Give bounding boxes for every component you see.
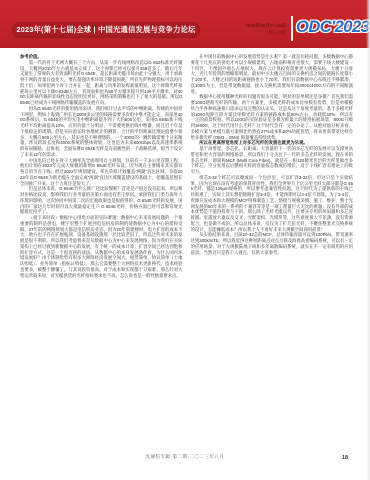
- article-body: 参考价值。第一代的骨干光网大概有三个方向，从第一步有线网络改造以G 652标准光…: [20, 54, 353, 440]
- odc-2023-logo: ODC'2023: [296, 13, 366, 41]
- event-meta: 2023年10月17-19日 中国·深圳: [228, 22, 286, 36]
- page-edge-shadow: [366, 0, 370, 480]
- header-divider: [291, 16, 293, 41]
- event-date: 2023年10月17-19日: [228, 22, 286, 29]
- paragraph: （接下来时段）数据中心用电方面的实际难题：数据中心未来发展问题的一个很重要的制约…: [20, 215, 183, 278]
- page-number: 18: [342, 455, 348, 461]
- paragraph: 但是总体来说，G 654E为什么推广还比较慢呢？首先是产值还没有起来，所以相对价…: [20, 186, 183, 215]
- right-column: 在中国目前数据中心的发展趋势是什么呢？第一就是功耗问题。多数数据中心都要花十几兆…: [191, 54, 354, 440]
- event-location: 中国·深圳: [228, 29, 286, 36]
- paragraph: 中国电信已经在骨干大网率先全面商用自主规划，目前有一千多公里首期工程，他们计划在…: [20, 158, 183, 187]
- left-column: 参考价值。第一代的骨干光网大概有三个方向，从第一步有线网络改造以G 652标准光…: [20, 54, 183, 440]
- paragraph: 再从G 654E光纤的使用情况来讲，我们统计过去平均的中继距离。传统的中国骨干网…: [20, 106, 183, 158]
- header-band: 2023年(第十七届)全球 | 中国光通信发展与竞争力论坛 2023年10月17…: [0, 0, 370, 48]
- paragraph: 从实验结果来说，目前10-32芯的MCF，总体传输容量可以到100Pb/s，带宽…: [191, 232, 354, 255]
- paragraph: 在中国目前数据中心的发展趋势是什么呢？第一就是功耗问题。多数数据中心都要花十几兆…: [191, 54, 354, 94]
- paragraph: 数据中心使用哪种光纤的问题有很多可能，明显的是单模还是多模？首先我们需要100G…: [191, 94, 354, 140]
- paragraph: 基于高带宽、多芯化、长距离、大容量的下一代的多芯光纤的发展可以支撑更高带宽和更大…: [191, 146, 354, 175]
- footer-journal-line: 光通信专辑·第二期·二〇二三年八月: [0, 454, 370, 460]
- forum-title: 2023年(第十七届)全球 | 中国光通信发展与竞争力论坛: [17, 25, 196, 35]
- paragraph: 组芯3-32个纤芯可以聚成同一个包层里，可以扩容3-32倍，但这只是个实验结果，…: [191, 175, 354, 233]
- paragraph: 第一代的骨干光网大概有三个方向，从第一步有线网络改造以G 652标准光纤铺设，大…: [20, 60, 183, 106]
- forum-title-pill: 2023年(第十七届)全球 | 中国光通信发展与竞争力论坛: [12, 22, 200, 38]
